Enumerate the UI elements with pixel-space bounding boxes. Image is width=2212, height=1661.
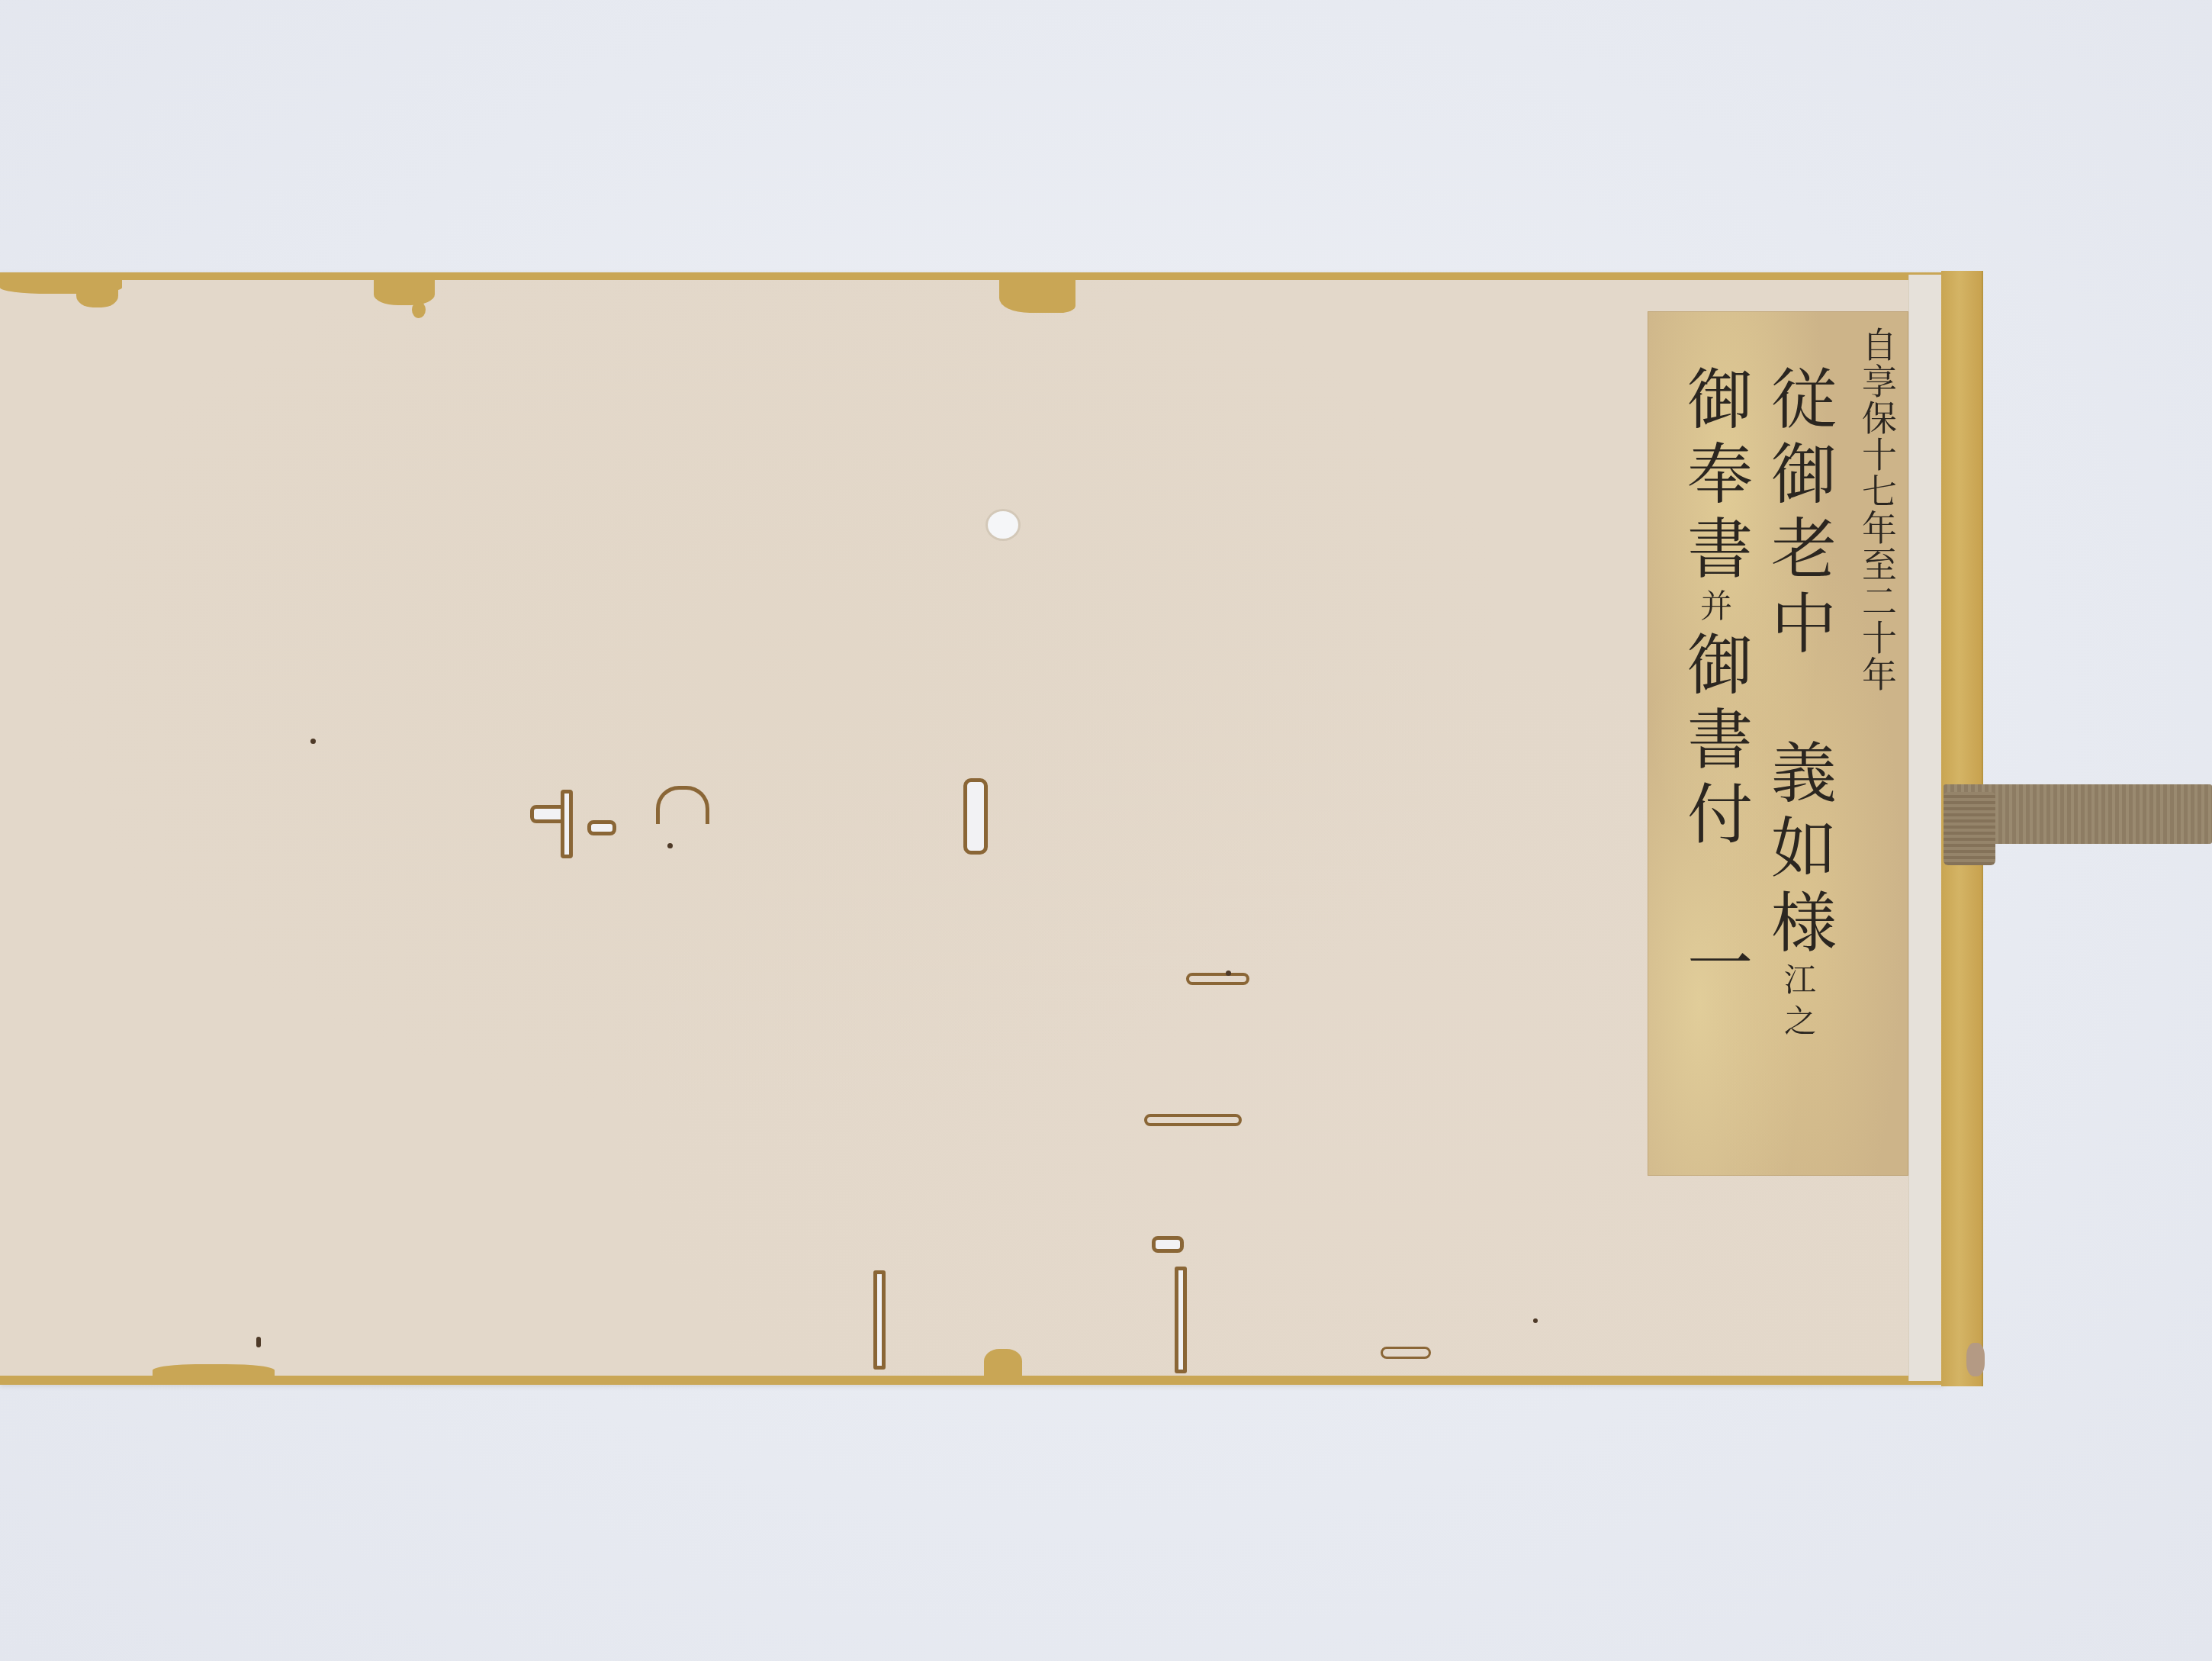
label-title-sub: 御奉書并御書付 一 [1681, 365, 1747, 1004]
ink-spot [1226, 971, 1231, 976]
edge-stain [76, 278, 118, 307]
label-title-sub-after: 御書付 一 [1676, 630, 1752, 1004]
wormhole [1152, 1236, 1184, 1253]
edge-stain [984, 1349, 1022, 1379]
wormhole [1144, 1114, 1242, 1126]
wormhole [1175, 1267, 1187, 1373]
label-title-sub-text: 御奉書 [1676, 365, 1752, 589]
wormhole [988, 511, 1018, 539]
wormhole [587, 820, 616, 835]
inner-paper-strip [1908, 275, 1943, 1381]
edge-stain [153, 1364, 275, 1379]
wormhole [1381, 1347, 1431, 1359]
wormhole [1186, 973, 1249, 985]
wormhole [561, 790, 573, 858]
wormhole [963, 778, 988, 855]
edge-stain [412, 301, 426, 318]
ink-spot [310, 739, 316, 744]
label-title-main-text: 従御老中 義如様 [1760, 365, 1836, 963]
silk-damage [1966, 1343, 1985, 1376]
edge-stain [374, 278, 435, 305]
tie-cord-knot [1944, 792, 1995, 865]
ink-spot [1533, 1318, 1538, 1323]
wormhole [873, 1270, 886, 1370]
label-annotation-narabini: 并 [1696, 589, 1733, 630]
wormhole [656, 786, 709, 824]
label-annotation-e-no: 江之 [1780, 963, 1817, 1045]
ink-spot [256, 1337, 261, 1347]
bottom-silk-edge [0, 1376, 1944, 1385]
ink-spot [667, 843, 673, 848]
title-label: 自享保十七年至二十年 従御老中 義如様江之 御奉書并御書付 一 [1648, 311, 1908, 1176]
label-title-main: 従御老中 義如様江之 [1765, 365, 1831, 1045]
edge-stain [999, 276, 1075, 313]
top-silk-edge [0, 272, 1944, 280]
label-date-range: 自享保十七年至二十年 [1860, 327, 1895, 693]
